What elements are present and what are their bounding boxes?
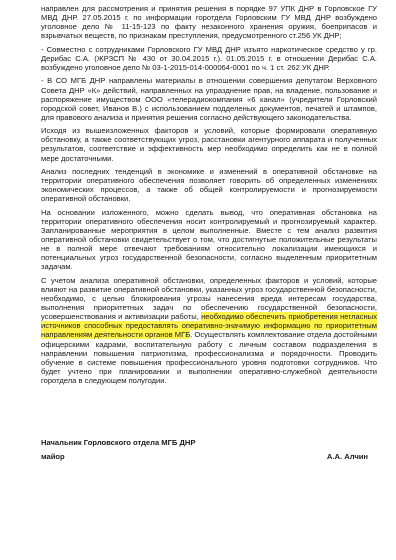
conclusion-text-end: . Осуществлять комплектование отдела дос… [41,330,377,384]
paragraph: направлен для рассмотрения и принятия ре… [41,4,377,40]
signature-block: Начальник Горловского отдела МГБ ДНР май… [41,438,368,465]
paragraph: На основании изложенного, можно сделать … [41,208,377,272]
paragraph: - Совместно с сотрудниками Горловского Г… [41,45,377,72]
paragraph: - В СО МГБ ДНР направлены материалы в от… [41,76,377,121]
signer-position: Начальник Горловского отдела МГБ ДНР [41,438,195,452]
signer-name: А.А. Алчин [327,452,368,466]
document-body: направлен для рассмотрения и принятия ре… [41,4,377,389]
paragraph: Исходя из вышеизложенных факторов и усло… [41,126,377,162]
paragraph: Анализ последних тенденций в экономике и… [41,167,377,203]
signer-rank: майор [41,452,65,466]
conclusion-paragraph: С учетом анализа оперативной обстановки,… [41,276,377,385]
